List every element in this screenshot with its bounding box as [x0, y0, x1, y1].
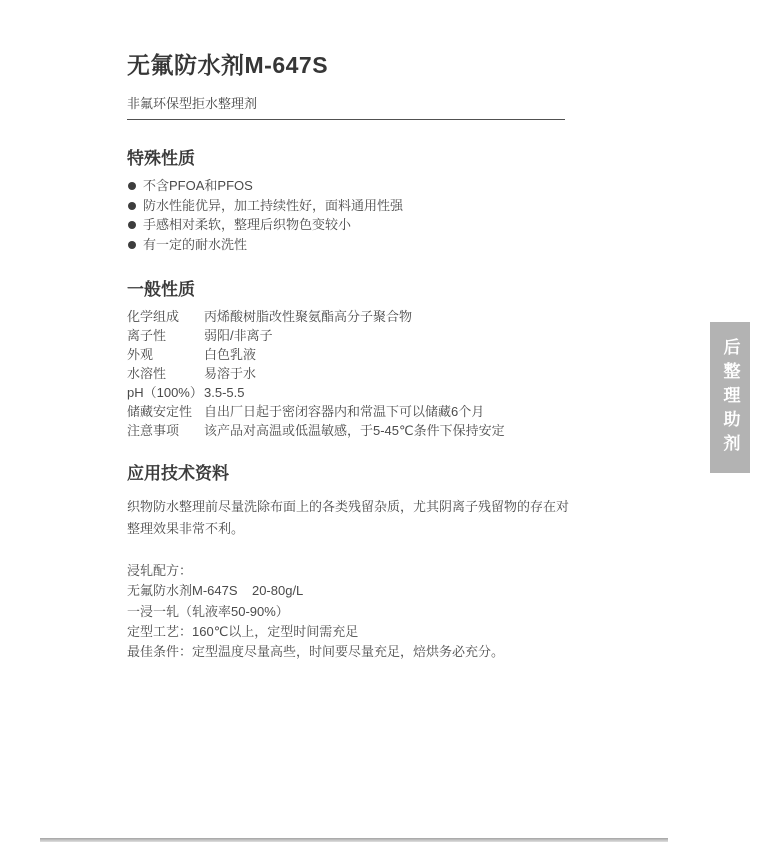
bullet-text: 手感相对柔软，整理后织物色变较小: [143, 215, 351, 235]
main-content: 无氟防水剂M-647S 非氟环保型拒水整理剂 特殊性质 不含PFOA和PFOS …: [127, 0, 567, 662]
page-subtitle: 非氟环保型拒水整理剂: [127, 93, 565, 120]
property-label: 化学组成: [127, 307, 204, 326]
property-label: 储藏安定性: [127, 402, 204, 421]
section-general-properties: 一般性质 化学组成 丙烯酸树脂改性聚氨酯高分子聚合物 离子性 弱阳/非离子 外观…: [127, 280, 567, 440]
list-item: 有一定的耐水洗性: [127, 235, 567, 255]
application-intro: 织物防水整理前尽量洗除布面上的各类残留杂质，尤其阴离子残留物的存在对整理效果非常…: [127, 496, 572, 539]
property-label: 外观: [127, 345, 204, 364]
list-item: 手感相对柔软，整理后织物色变较小: [127, 215, 567, 235]
section-heading-application: 应用技术资料: [127, 464, 567, 483]
section-heading-special: 特殊性质: [127, 149, 567, 168]
properties-table: 化学组成 丙烯酸树脂改性聚氨酯高分子聚合物 离子性 弱阳/非离子 外观 白色乳液…: [127, 307, 567, 440]
category-side-tab: 后整理助剂: [710, 322, 750, 473]
recipe-line: 最佳条件：定型温度尽量高些，时间要尽量充足，焙烘务必充分。: [127, 642, 567, 662]
category-side-tab-label: 后整理助剂: [722, 338, 739, 458]
property-value: 丙烯酸树脂改性聚氨酯高分子聚合物: [204, 307, 567, 326]
property-value: 弱阳/非离子: [204, 326, 567, 345]
bullet-text: 防水性能优异，加工持续性好，面料通用性强: [143, 196, 403, 216]
table-row: 化学组成 丙烯酸树脂改性聚氨酯高分子聚合物: [127, 307, 567, 326]
property-value: 易溶于水: [204, 364, 567, 383]
recipe-line: 一浸一轧（轧液率50-90%）: [127, 602, 567, 622]
datasheet-page: 无氟防水剂M-647S 非氟环保型拒水整理剂 特殊性质 不含PFOA和PFOS …: [0, 0, 757, 846]
recipe-line: 定型工艺：160℃以上，定型时间需充足: [127, 622, 567, 642]
property-label: pH（100%）: [127, 383, 204, 402]
table-row: 离子性 弱阳/非离子: [127, 326, 567, 345]
property-label: 注意事项: [127, 421, 204, 440]
bullet-icon: [128, 221, 136, 229]
list-item: 防水性能优异，加工持续性好，面料通用性强: [127, 196, 567, 216]
table-row: 注意事项 该产品对高温或低温敏感，于5-45℃条件下保持安定: [127, 421, 567, 440]
bullet-icon: [128, 241, 136, 249]
property-value: 白色乳液: [204, 345, 567, 364]
property-label: 离子性: [127, 326, 204, 345]
property-value: 3.5-5.5: [204, 383, 567, 402]
recipe-line: 浸轧配方：: [127, 561, 567, 581]
property-label: 水溶性: [127, 364, 204, 383]
bullet-text: 有一定的耐水洗性: [143, 235, 247, 255]
bullet-icon: [128, 182, 136, 190]
recipe-line: 无氟防水剂M-647S 20-80g/L: [127, 581, 567, 601]
table-row: 储藏安定性 自出厂日起于密闭容器内和常温下可以储藏6个月: [127, 402, 567, 421]
section-application-info: 应用技术资料 织物防水整理前尽量洗除布面上的各类残留杂质，尤其阴离子残留物的存在…: [127, 464, 567, 662]
table-row: 水溶性 易溶于水: [127, 364, 567, 383]
section-heading-general: 一般性质: [127, 280, 567, 299]
property-value: 自出厂日起于密闭容器内和常温下可以储藏6个月: [204, 402, 567, 421]
property-value: 该产品对高温或低温敏感，于5-45℃条件下保持安定: [204, 421, 567, 440]
padding-recipe-block: 浸轧配方： 无氟防水剂M-647S 20-80g/L 一浸一轧（轧液率50-90…: [127, 561, 567, 662]
table-row: 外观 白色乳液: [127, 345, 567, 364]
bullet-icon: [128, 202, 136, 210]
section-special-properties: 特殊性质 不含PFOA和PFOS 防水性能优异，加工持续性好，面料通用性强 手感…: [127, 149, 567, 254]
page-title: 无氟防水剂M-647S: [127, 51, 567, 79]
table-row: pH（100%） 3.5-5.5: [127, 383, 567, 402]
bullet-text: 不含PFOA和PFOS: [143, 176, 253, 196]
special-properties-list: 不含PFOA和PFOS 防水性能优异，加工持续性好，面料通用性强 手感相对柔软，…: [127, 176, 567, 254]
list-item: 不含PFOA和PFOS: [127, 176, 567, 196]
footer-divider-bar: [40, 838, 668, 842]
